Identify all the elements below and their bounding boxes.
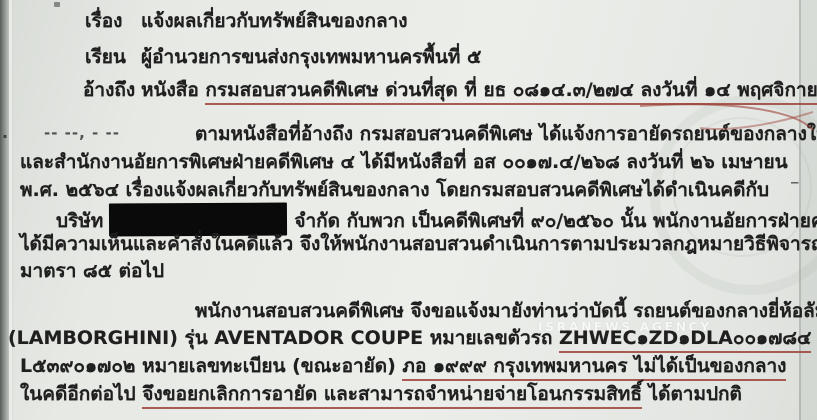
body-line: มาตรา ๘๕ ต่อไป <box>20 258 164 284</box>
pen-underscore-mark: _ <box>791 166 799 184</box>
vin-line-plain: (LAMBORGHINI) รุ่น AVENTADOR COUPE หมายเ… <box>8 327 559 349</box>
pen-dot-mark: . <box>2 123 8 142</box>
body-line-plate: L๕๓๙๐๑๗๐๒ หมายเลขทะเบียน (ขณะอายัด) ภอ ๑… <box>20 353 786 379</box>
reference-text-underlined: กรมสอบสวนคดีพิเศษ ด่วนที่สุด ที่ ยธ ๐๘๑๔… <box>205 79 817 105</box>
recipient-label: เรียน <box>85 44 126 70</box>
subject-label: เรื่อง <box>85 8 122 34</box>
vin-number-underlined: ZHWEC๑ZD๑DLA๐๐๑๗๘๔ <box>559 327 811 353</box>
scanned-letter-photo: เรื่อง แจ้งผลเกี่ยวกับทรัพย์สินของกลาง เ… <box>0 0 817 420</box>
body-line: พนักงานสอบสวนคดีพิเศษ จึงขอแจ้งมายังท่าน… <box>195 298 817 324</box>
engine-number-text: L๕๓๙๐๑๗๐๒ หมายเลขทะเบียน (ขณะอายัด) <box>20 355 402 377</box>
pen-scribble-dashes: -- --, - -- <box>44 124 120 142</box>
reference-label: อ้างถึง <box>83 77 135 103</box>
body-line-vin: (LAMBORGHINI) รุ่น AVENTADOR COUPE หมายเ… <box>8 325 817 351</box>
body-line: และสำนักงานอัยการพิเศษฝ่ายคดีพิเศษ ๔ ได้… <box>20 149 788 175</box>
body-line: ได้มีความเห็นและคำสั่งในคดีแล้ว จึงให้พน… <box>20 231 817 257</box>
plate-number-underlined: ภอ ๑๙๙๙ กรุงเทพมหานคร ไม่ได้เป็นของกลาง <box>402 355 786 381</box>
company-prefix: บริษัท <box>56 210 103 232</box>
closing-tail: ได้ตามปกติ <box>642 383 742 405</box>
subject-text: แจ้งผลเกี่ยวกับทรัพย์สินของกลาง <box>141 8 408 34</box>
body-line-closing: ในคดีอีกต่อไป จึงขอยกเลิกการอายัด และสาม… <box>20 381 742 407</box>
closing-underlined: จึงขอยกเลิกการอายัด และสามารถจำหน่ายจ่าย… <box>142 383 642 409</box>
closing-plain: ในคดีอีกต่อไป <box>20 383 142 405</box>
vin-line-tail: หมายเลขเครื่องยนต์ <box>811 327 817 349</box>
company-suffix: จำกัด กับพวก เป็นคดีพิเศษที่ ๙๐/๒๕๖๐ นั้… <box>294 210 817 232</box>
paper-left-highlight <box>9 0 12 420</box>
body-line: ตามหนังสือที่อ้างถึง กรมสอบสวนคดีพิเศษ ไ… <box>195 121 817 147</box>
body-line: พ.ศ. ๒๕๖๔ เรื่องแจ้งผลเกี่ยวกับทรัพย์สิน… <box>20 177 769 203</box>
reference-text: หนังสือ กรมสอบสวนคดีพิเศษ ด่วนที่สุด ที่… <box>141 77 817 103</box>
reference-text-plain: หนังสือ <box>141 79 205 101</box>
dust-speck <box>54 2 60 7</box>
recipient-text: ผู้อำนวยการขนส่งกรุงเทพมหานครพื้นที่ ๕ <box>141 44 481 70</box>
